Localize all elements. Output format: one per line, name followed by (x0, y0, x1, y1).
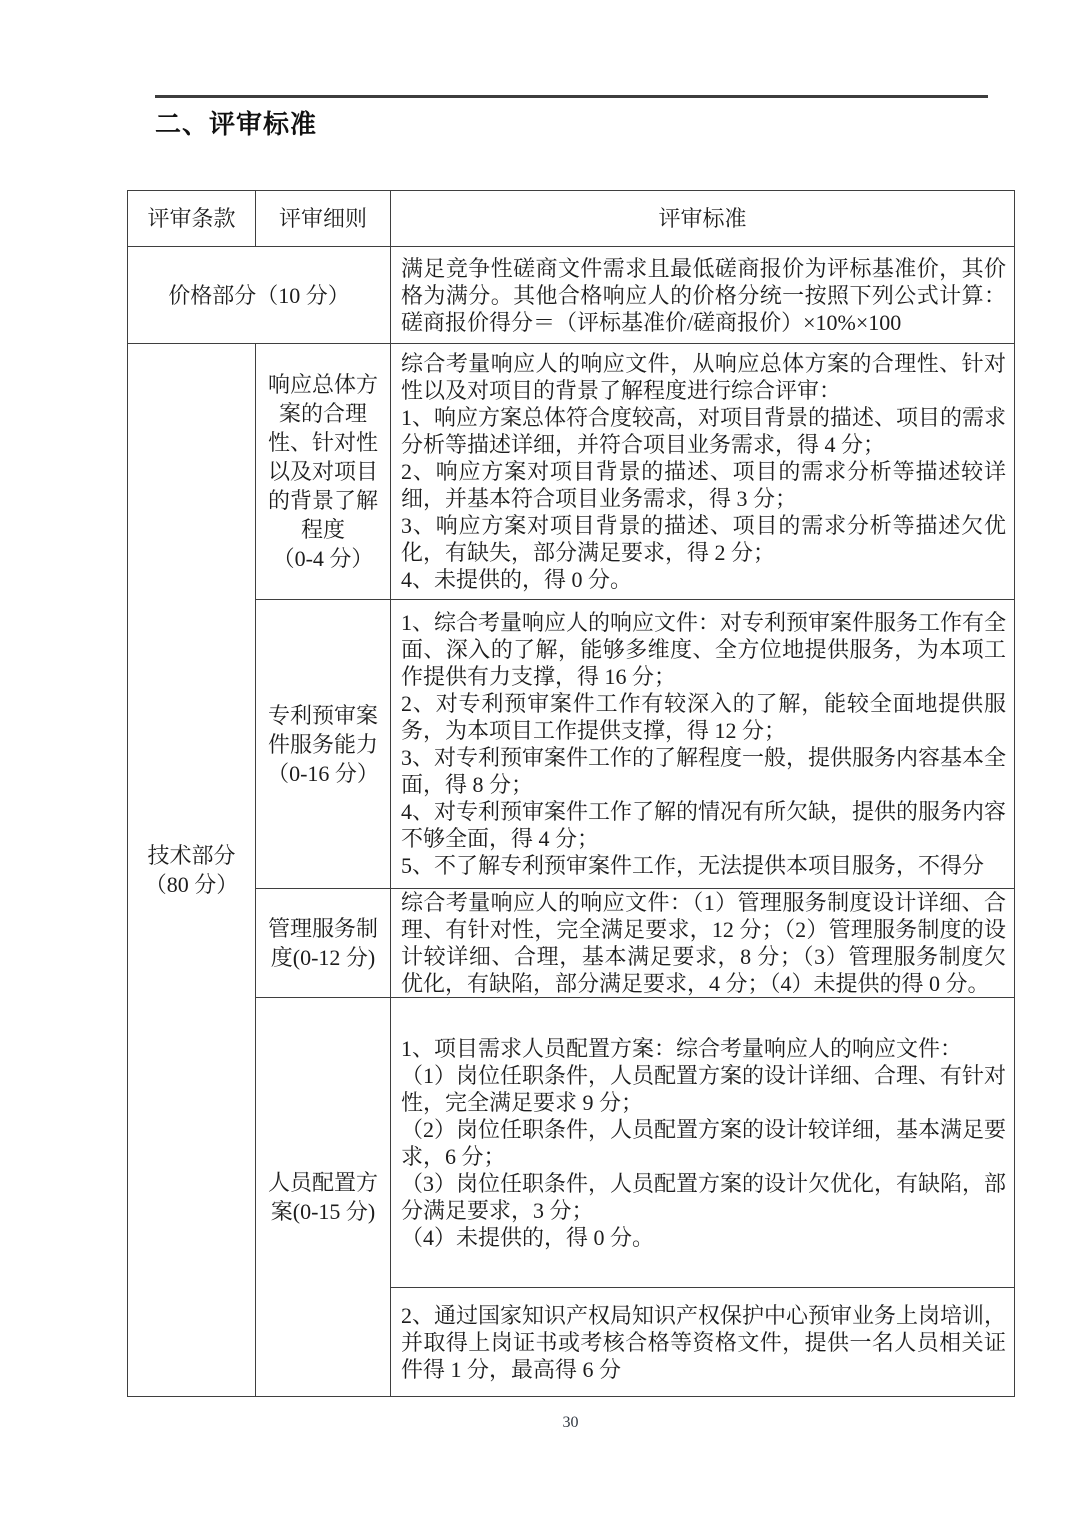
horizontal-rule (155, 95, 988, 98)
patent-service-criteria: 1、综合考量响应人的响应文件：对专利预审案件服务工作有全面、深入的了解，能够多维… (391, 600, 1015, 889)
table-row-management: 管理服务制度(0-12 分) 综合考量响应人的响应文件：（1）管理服务制度设计详… (128, 889, 1015, 998)
table-row-staffing-part1: 人员配置方案(0-15 分) 1、项目需求人员配置方案：综合考量响应人的响应文件… (128, 998, 1015, 1288)
table-row-price: 价格部分（10 分） 满足竞争性磋商文件需求且最低磋商报价为评标基准价，其价格为… (128, 247, 1015, 344)
staffing-criteria-part2: 2、通过国家知识产权局知识产权保护中心预审业务上岗培训，并取得上岗证书或考核合格… (391, 1288, 1015, 1397)
header-review-clause: 评审条款 (128, 191, 256, 247)
tech-section-label: 技术部分（80 分） (128, 344, 256, 1397)
header-review-detail: 评审细则 (256, 191, 391, 247)
table-row-patent-service: 专利预审案件服务能力（0-16 分） 1、综合考量响应人的响应文件：对专利预审案… (128, 600, 1015, 889)
management-label: 管理服务制度(0-12 分) (256, 889, 391, 998)
document-page: { "page": { "title": "二、评审标准", "page_num… (0, 0, 1080, 1527)
price-section-label: 价格部分（10 分） (128, 247, 391, 344)
table-row-overall-plan: 技术部分（80 分） 响应总体方案的合理性、针对性以及对项目的背景了解程度（0-… (128, 344, 1015, 600)
review-criteria-table: 评审条款 评审细则 评审标准 价格部分（10 分） 满足竞争性磋商文件需求且最低… (127, 190, 1015, 1397)
management-criteria: 综合考量响应人的响应文件：（1）管理服务制度设计详细、合理、有针对性，完全满足要… (391, 889, 1015, 998)
table-header-row: 评审条款 评审细则 评审标准 (128, 191, 1015, 247)
staffing-label: 人员配置方案(0-15 分) (256, 998, 391, 1397)
patent-service-label: 专利预审案件服务能力（0-16 分） (256, 600, 391, 889)
staffing-criteria-part1: 1、项目需求人员配置方案：综合考量响应人的响应文件：（1）岗位任职条件，人员配置… (391, 998, 1015, 1288)
page-number: 30 (127, 1414, 1014, 1432)
price-section-criteria: 满足竞争性磋商文件需求且最低磋商报价为评标基准价，其价格为满分。其他合格响应人的… (391, 247, 1015, 344)
header-review-standard: 评审标准 (391, 191, 1015, 247)
section-title: 二、评审标准 (155, 104, 317, 141)
overall-plan-criteria: 综合考量响应人的响应文件，从响应总体方案的合理性、针对性以及对项目的背景了解程度… (391, 344, 1015, 600)
overall-plan-label: 响应总体方案的合理性、针对性以及对项目的背景了解程度（0-4 分） (256, 344, 391, 600)
